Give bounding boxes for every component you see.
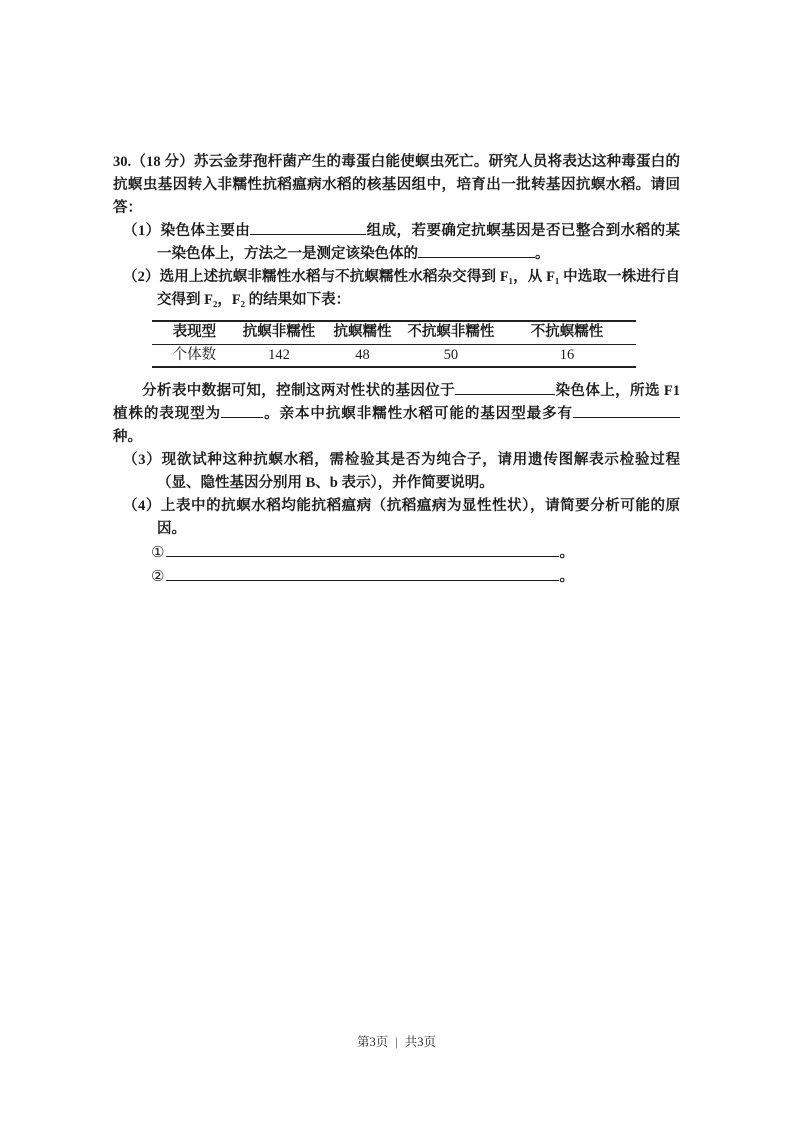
- page-footer: 第3页|共3页: [0, 1033, 793, 1051]
- table-value-2: 48: [321, 344, 403, 367]
- sub-question-1-label: （1）: [123, 223, 161, 239]
- analysis-text-a: 分析表中数据可知，控制这两对性状的基因位于: [142, 383, 455, 399]
- answer-line-1-period: 。: [559, 545, 574, 561]
- question-30: 30.（18 分）苏云金芽孢杆菌产生的毒蛋白能使螟虫死亡。研究人员将表达这种毒蛋…: [113, 151, 680, 589]
- exam-page: 30.（18 分）苏云金芽孢杆菌产生的毒蛋白能使螟虫死亡。研究人员将表达这种毒蛋…: [0, 0, 793, 1122]
- table-header-col3: 不抗螟非糯性: [404, 321, 498, 344]
- fill-in-blank: [455, 380, 555, 395]
- table-header-row: 表现型 抗螟非糯性 抗螟糯性 不抗螟非糯性 不抗螟糯性: [152, 321, 636, 344]
- table-row-label: 个体数: [152, 344, 237, 367]
- fill-in-blank: [221, 403, 263, 418]
- table-header-phenotype: 表现型: [152, 321, 237, 344]
- table-header-col4: 不抗螟糯性: [498, 321, 636, 344]
- table-value-4: 16: [498, 344, 636, 367]
- circled-two-marker: ②: [151, 567, 164, 585]
- sub-question-4-label: （4）: [123, 498, 161, 514]
- sub-question-4: （4）上表中的抗螟水稻均能抗稻瘟病（抗稻瘟病为显性性状），请简要分析可能的原因。: [113, 495, 680, 541]
- fill-in-blank: [573, 403, 680, 418]
- question-intro-text: 30.（18 分）苏云金芽孢杆菌产生的毒蛋白能使螟虫死亡。研究人员将表达这种毒蛋…: [113, 154, 680, 216]
- sub-question-1-period: 。: [535, 246, 550, 262]
- circled-one-marker: ①: [151, 543, 164, 561]
- sub-question-2-label: （2）: [123, 269, 160, 285]
- fill-in-blank: [166, 566, 559, 581]
- phenotype-table: 表现型 抗螟非糯性 抗螟糯性 不抗螟非糯性 不抗螟糯性 个体数 142 48 5…: [152, 320, 636, 368]
- analysis-text-c: 。亲本中抗螟非糯性水稻可能的基因型最多有: [263, 406, 573, 422]
- sub-question-2-text: 选用上述抗螟非糯性水稻与不抗螟糯性水稻杂交得到 F₁，从 F₁ 中选取一株进行自…: [157, 269, 680, 308]
- analysis-paragraph: 分析表中数据可知，控制这两对性状的基因位于染色体上，所选 F1 植株的表现型为。…: [113, 380, 680, 449]
- footer-separator: |: [395, 1035, 398, 1049]
- sub-question-3: （3）现欲试种这种抗螟水稻，需检验其是否为纯合子，请用遗传图解表示检验过程（显、…: [113, 449, 680, 495]
- sub-question-3-label: （3）: [123, 452, 162, 468]
- sub-question-3-text: 现欲试种这种抗螟水稻，需检验其是否为纯合子，请用遗传图解表示检验过程（显、隐性基…: [157, 452, 680, 491]
- table-header-col2: 抗螟糯性: [321, 321, 403, 344]
- table-value-3: 50: [404, 344, 498, 367]
- answer-line-2-period: 。: [559, 569, 574, 585]
- answer-line-1: ①。: [113, 541, 680, 565]
- fill-in-blank: [250, 220, 366, 235]
- fill-in-blank: [166, 542, 559, 557]
- sub-question-1-text-a: 染色体主要由: [161, 223, 251, 239]
- sub-question-2: （2）选用上述抗螟非糯性水稻与不抗螟糯性水稻杂交得到 F₁，从 F₁ 中选取一株…: [113, 266, 680, 312]
- sub-question-4-text: 上表中的抗螟水稻均能抗稻瘟病（抗稻瘟病为显性性状），请简要分析可能的原因。: [157, 498, 680, 537]
- sub-question-1: （1）染色体主要由组成，若要确定抗螟基因是否已整合到水稻的某一染色体上，方法之一…: [113, 220, 680, 266]
- table-value-1: 142: [237, 344, 322, 367]
- table-data-row: 个体数 142 48 50 16: [152, 344, 636, 367]
- question-intro: 30.（18 分）苏云金芽孢杆菌产生的毒蛋白能使螟虫死亡。研究人员将表达这种毒蛋…: [113, 151, 680, 220]
- table-header-col1: 抗螟非糯性: [237, 321, 322, 344]
- footer-page-number: 第3页: [357, 1035, 388, 1049]
- fill-in-blank: [418, 243, 535, 258]
- answer-line-2: ②。: [113, 565, 680, 589]
- footer-page-total: 共3页: [405, 1035, 436, 1049]
- analysis-text-d: 种。: [113, 429, 142, 445]
